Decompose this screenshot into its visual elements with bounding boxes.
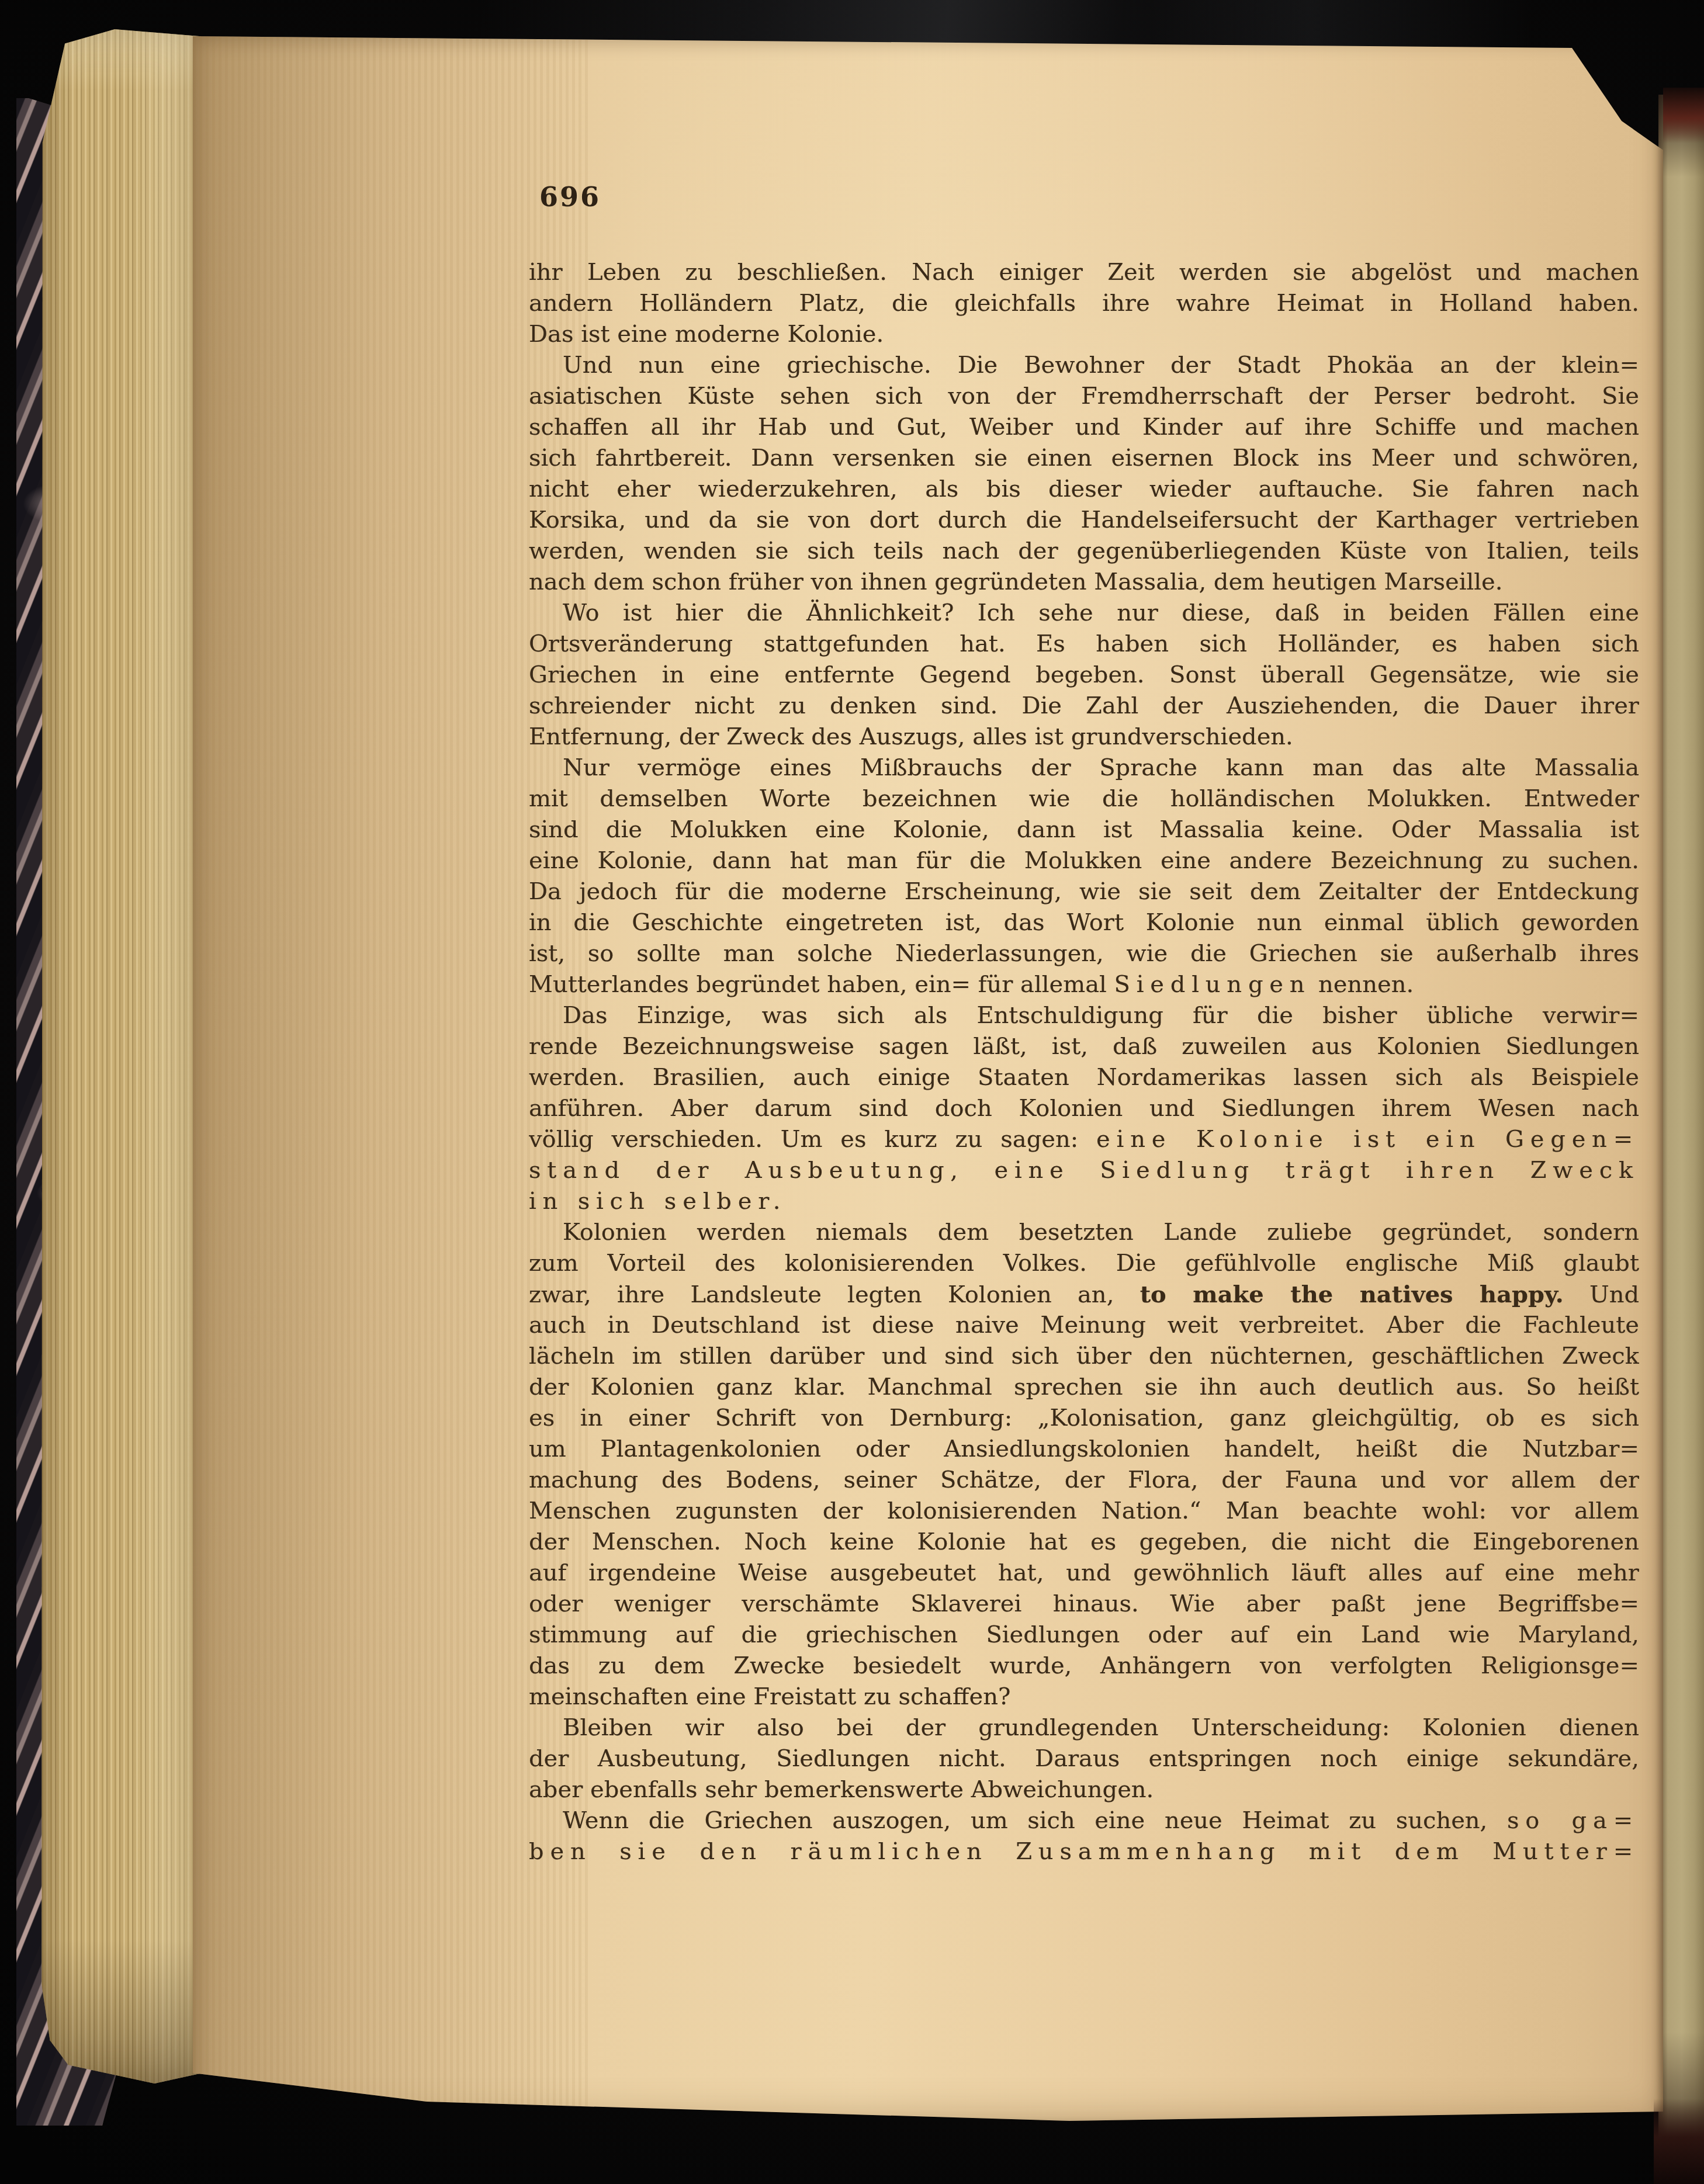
text-segment: der Menschen. Noch keine Kolonie hat es … <box>529 1528 1639 1555</box>
text-segment: ben sie den räumlichen Zusammenhang mit … <box>529 1838 1639 1865</box>
text-line: das zu dem Zwecke besiedelt wurde, Anhän… <box>529 1651 1639 1682</box>
text-segment: Wo ist hier die Ähnlichkeit? Ich sehe nu… <box>563 599 1639 626</box>
text-segment: schreiender nicht zu denken sind. Die Za… <box>529 692 1639 719</box>
text-line: Entfernung, der Zweck des Auszugs, alles… <box>529 722 1639 753</box>
text-segment: schaffen all ihr Hab und Gut, Weiber und… <box>529 414 1639 441</box>
text-segment: nennen. <box>1311 971 1414 998</box>
text-segment: es in einer Schrift von Dernburg: „Kolon… <box>529 1405 1639 1431</box>
text-segment: ihr Leben zu beschließen. Nach einiger Z… <box>529 259 1639 286</box>
text-line: Mutterlandes begründet haben, ein= für a… <box>529 969 1639 1000</box>
text-segment: völlig verschieden. Um es kurz zu sagen: <box>529 1126 1096 1153</box>
text-line: Korsika, und da sie von dort durch die H… <box>529 505 1639 536</box>
text-segment: auch in Deutschland ist diese naive Mein… <box>529 1312 1639 1339</box>
text-line: anführen. Aber darum sind doch Kolonien … <box>529 1093 1639 1124</box>
text-segment: stimmung auf die griechischen Siedlungen… <box>529 1621 1639 1648</box>
text-line: werden. Brasilien, auch einige Staaten N… <box>529 1062 1639 1093</box>
text-line: werden, wenden sie sich teils nach der g… <box>529 536 1639 567</box>
text-segment: asiatischen Küste sehen sich von der Fre… <box>529 383 1639 410</box>
text-segment: Bleiben wir also bei der grundlegenden U… <box>563 1714 1639 1741</box>
text-segment: andern Holländern Platz, die gleichfalls… <box>529 290 1639 317</box>
text-line: es in einer Schrift von Dernburg: „Kolon… <box>529 1403 1639 1434</box>
text-segment: auf irgendeine Weise ausgebeutet hat, un… <box>529 1559 1639 1586</box>
text-segment: Ortsveränderung stattgefunden hat. Es ha… <box>529 630 1639 657</box>
text-line: Nur vermöge eines Mißbrauchs der Sprache… <box>529 753 1639 784</box>
text-segment: zwar, ihre Landsleute legten Kolonien an… <box>529 1281 1140 1308</box>
gutter-edge-top-corner <box>1663 88 1704 143</box>
text-line: um Plantagenkolonien oder Ansiedlungskol… <box>529 1434 1639 1465</box>
text-line: oder weniger verschämte Sklaverei hinaus… <box>529 1589 1639 1620</box>
text-line: nicht eher wiederzukehren, als bis diese… <box>529 474 1639 505</box>
text-segment: Griechen in eine entfernte Gegend begebe… <box>529 661 1639 688</box>
text-segment: lächeln im stillen darüber und sind sich… <box>529 1343 1639 1370</box>
text-line: sind die Molukken eine Kolonie, dann ist… <box>529 814 1639 845</box>
text-line: der Kolonien ganz klar. Manchmal spreche… <box>529 1372 1639 1403</box>
text-line: andern Holländern Platz, die gleichfalls… <box>529 288 1639 319</box>
text-segment: machung des Bodens, seiner Schätze, der … <box>529 1467 1639 1493</box>
text-segment: sind die Molukken eine Kolonie, dann ist… <box>529 816 1639 843</box>
text-line: auch in Deutschland ist diese naive Mein… <box>529 1310 1639 1341</box>
text-segment: um Plantagenkolonien oder Ansiedlungskol… <box>529 1436 1639 1462</box>
text-segment: ist, so sollte man solche Niederlassunge… <box>529 940 1639 967</box>
text-segment: eine Kolonie ist ein Gegen= <box>1096 1126 1639 1153</box>
text-line: sich fahrtbereit. Dann versenken sie ein… <box>529 443 1639 474</box>
text-line: Griechen in eine entfernte Gegend begebe… <box>529 660 1639 691</box>
text-segment: werden. Brasilien, auch einige Staaten N… <box>529 1064 1639 1091</box>
text-line: stand der Ausbeutung, eine Siedlung träg… <box>529 1155 1639 1186</box>
text-line: asiatischen Küste sehen sich von der Fre… <box>529 381 1639 412</box>
text-line: eine Kolonie, dann hat man für die Moluk… <box>529 845 1639 876</box>
text-segment: in die Geschichte eingetreten ist, das W… <box>529 909 1639 936</box>
text-segment: nach dem schon früher von ihnen gegründe… <box>529 568 1502 595</box>
text-segment: mit demselben Worte bezeichnen wie die h… <box>529 785 1639 812</box>
text-line: mit demselben Worte bezeichnen wie die h… <box>529 784 1639 814</box>
text-line: in die Geschichte eingetreten ist, das W… <box>529 907 1639 938</box>
text-line: schreiender nicht zu denken sind. Die Za… <box>529 691 1639 722</box>
gutter-edge <box>1658 95 1704 2156</box>
text-line: aber ebenfalls sehr bemerkenswerte Abwei… <box>529 1774 1639 1805</box>
text-line: Da jedoch für die moderne Erscheinung, w… <box>529 876 1639 907</box>
page-text: ihr Leben zu beschließen. Nach einiger Z… <box>529 257 1639 1867</box>
text-segment: oder weniger verschämte Sklaverei hinaus… <box>529 1590 1639 1617</box>
text-line: Wo ist hier die Ähnlichkeit? Ich sehe nu… <box>529 598 1639 629</box>
text-line: nach dem schon früher von ihnen gegründe… <box>529 567 1639 598</box>
gutter-edge-bottom-corner <box>1654 2099 1704 2184</box>
text-segment: nicht eher wiederzukehren, als bis diese… <box>529 476 1639 502</box>
text-line: rende Bezeichnungsweise sagen läßt, ist,… <box>529 1031 1639 1062</box>
text-line: stimmung auf die griechischen Siedlungen… <box>529 1620 1639 1651</box>
text-line: zwar, ihre Landsleute legten Kolonien an… <box>529 1279 1639 1310</box>
text-segment: Nur vermöge eines Mißbrauchs der Sprache… <box>563 754 1639 781</box>
text-line: Ortsveränderung stattgefunden hat. Es ha… <box>529 629 1639 660</box>
text-line: Das ist eine moderne Kolonie. <box>529 319 1639 350</box>
text-segment: der Ausbeutung, Siedlungen nicht. Daraus… <box>529 1745 1639 1772</box>
text-line: Wenn die Griechen auszogen, um sich eine… <box>529 1805 1639 1836</box>
text-segment: Wenn die Griechen auszogen, um sich eine… <box>563 1807 1507 1834</box>
text-segment: Siedlungen <box>1114 971 1311 998</box>
text-segment: aber ebenfalls sehr bemerkenswerte Abwei… <box>529 1776 1154 1803</box>
text-line: Kolonien werden niemals dem besetzten La… <box>529 1217 1639 1248</box>
text-line: zum Vorteil des kolonisierenden Volkes. … <box>529 1248 1639 1279</box>
text-segment: rende Bezeichnungsweise sagen läßt, ist,… <box>529 1033 1639 1060</box>
text-segment: Da jedoch für die moderne Erscheinung, w… <box>529 878 1639 905</box>
text-segment: to make the natives happy. <box>1140 1281 1564 1308</box>
text-line: ist, so sollte man solche Niederlassunge… <box>529 938 1639 969</box>
text-segment: werden, wenden sie sich teils nach der g… <box>529 538 1639 564</box>
text-segment: Kolonien werden niemals dem besetzten La… <box>563 1219 1639 1246</box>
text-line: meinschaften eine Freistatt zu schaffen? <box>529 1682 1639 1712</box>
text-line: machung des Bodens, seiner Schätze, der … <box>529 1465 1639 1496</box>
text-segment: Mutterlandes begründet haben, ein= für a… <box>529 971 1114 998</box>
text-segment: Korsika, und da sie von dort durch die H… <box>529 507 1639 533</box>
book-page: 696 ihr Leben zu beschließen. Nach einig… <box>193 30 1663 2123</box>
text-segment: zum Vorteil des kolonisierenden Volkes. … <box>529 1250 1639 1277</box>
text-line: in sich selber. <box>529 1186 1639 1217</box>
text-line: der Ausbeutung, Siedlungen nicht. Daraus… <box>529 1743 1639 1774</box>
text-segment: Und <box>1564 1281 1639 1308</box>
text-segment: Menschen zugunsten der kolonisierenden N… <box>529 1497 1639 1524</box>
text-line: ihr Leben zu beschließen. Nach einiger Z… <box>529 257 1639 288</box>
text-line: ben sie den räumlichen Zusammenhang mit … <box>529 1836 1639 1867</box>
page-stack-fore-edge <box>35 29 201 2084</box>
photo-background: 696 ihr Leben zu beschließen. Nach einig… <box>0 0 1704 2184</box>
text-line: völlig verschieden. Um es kurz zu sagen:… <box>529 1124 1639 1155</box>
text-line: lächeln im stillen darüber und sind sich… <box>529 1341 1639 1372</box>
text-segment: anführen. Aber darum sind doch Kolonien … <box>529 1095 1639 1122</box>
text-segment: der Kolonien ganz klar. Manchmal spreche… <box>529 1374 1639 1400</box>
text-segment: Das ist eine moderne Kolonie. <box>529 321 884 348</box>
text-line: auf irgendeine Weise ausgebeutet hat, un… <box>529 1558 1639 1589</box>
text-line: schaffen all ihr Hab und Gut, Weiber und… <box>529 412 1639 443</box>
text-segment: eine Kolonie, dann hat man für die Moluk… <box>529 847 1639 874</box>
text-segment: so ga= <box>1507 1807 1639 1834</box>
text-line: Menschen zugunsten der kolonisierenden N… <box>529 1496 1639 1527</box>
text-segment: das zu dem Zwecke besiedelt wurde, Anhän… <box>529 1652 1639 1679</box>
text-segment: Und nun eine griechische. Die Bewohner d… <box>563 352 1639 379</box>
text-line: Und nun eine griechische. Die Bewohner d… <box>529 350 1639 381</box>
text-segment: in sich selber. <box>529 1188 787 1215</box>
text-segment: sich fahrtbereit. Dann versenken sie ein… <box>529 445 1639 472</box>
text-line: Das Einzige, was sich als Entschuldigung… <box>529 1000 1639 1031</box>
text-segment: meinschaften eine Freistatt zu schaffen? <box>529 1683 1010 1710</box>
text-segment: Entfernung, der Zweck des Auszugs, alles… <box>529 723 1293 750</box>
page-number: 696 <box>539 181 601 213</box>
text-segment: Das Einzige, was sich als Entschuldigung… <box>563 1002 1639 1029</box>
text-line: Bleiben wir also bei der grundlegenden U… <box>529 1712 1639 1743</box>
text-segment: stand der Ausbeutung, eine Siedlung träg… <box>529 1157 1639 1184</box>
text-line: der Menschen. Noch keine Kolonie hat es … <box>529 1527 1639 1558</box>
